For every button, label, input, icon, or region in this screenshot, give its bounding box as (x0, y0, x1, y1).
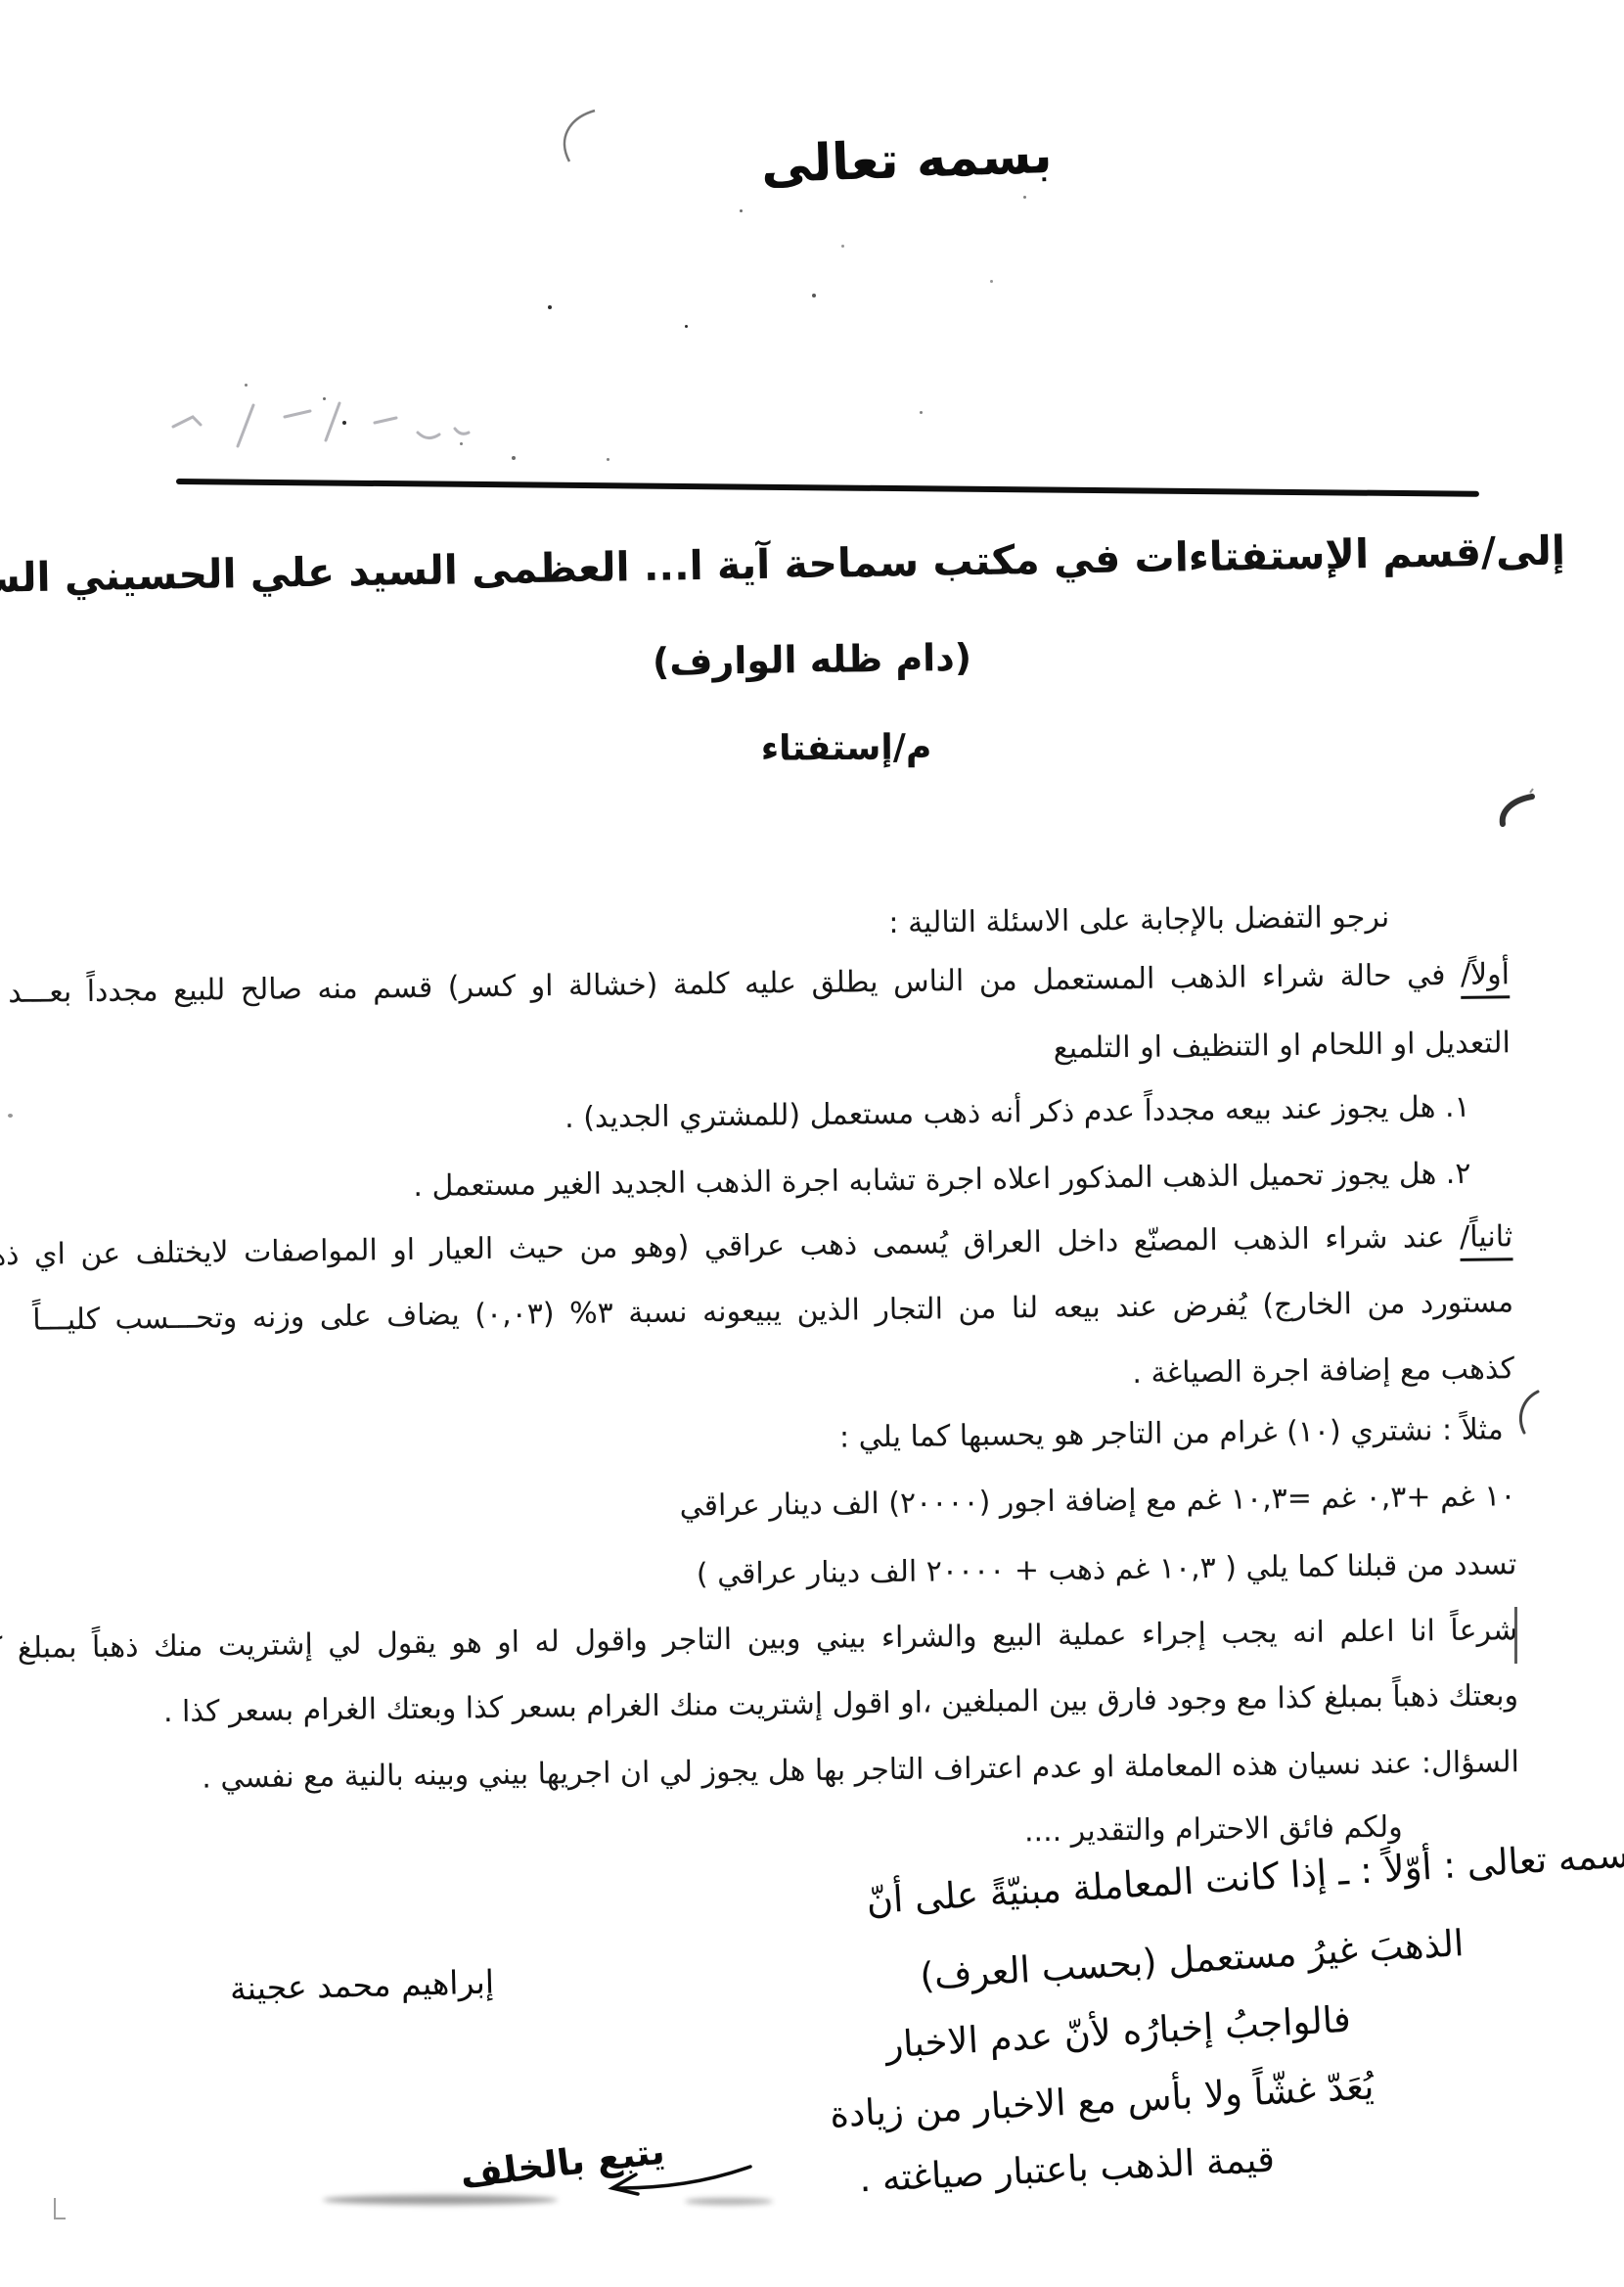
ink-curve-mark-top (536, 103, 614, 171)
answer-line-3: فالواجبُ إخبارُه لأنّ عدم الاخبار (884, 2001, 1351, 2064)
second-point-line1: ثانياً/ عند شراء الذهب المصنّع داخل العر… (0, 1217, 1513, 1276)
final-question: السؤال: عند نسيان هذه المعاملة او عدم اع… (202, 1743, 1519, 1799)
second-point-text: عند شراء الذهب المصنّع داخل العراق يُسمى… (0, 1220, 1460, 1273)
ink-speck (607, 458, 609, 461)
divider-rule (176, 479, 1479, 497)
continued-arrow-icon (599, 2159, 755, 2200)
example-payment: تسدد من قبلنا كما يلي ( ١٠,٣ غم ذهب + ٢٠… (697, 1545, 1517, 1595)
ink-comma-mark (1493, 789, 1542, 833)
question-2: ٢. هل يجوز تحميل الذهب المذكور اعلاه اجر… (413, 1155, 1471, 1208)
bismillah-top: بسمه تعالى (760, 130, 1053, 191)
answer-line-2: الذهبَ غيرُ مستعمل (بحسب العرف) (919, 1925, 1465, 1994)
sender-signature: إبراهيم محمد عجينة (230, 1965, 495, 2004)
second-point-label: ثانياً/ (1460, 1219, 1513, 1261)
answer-line-4: يُعَدّ غشّاً ولا بأس مع الاخبار من زيادة (829, 2068, 1375, 2132)
ink-curve-mark-example (1509, 1388, 1548, 1437)
closing-salutation: ولكم فائق الاحترام والتقدير .... (1024, 1808, 1403, 1852)
ink-speck (685, 325, 688, 328)
ink-speck (1023, 196, 1026, 199)
ink-speck (920, 411, 923, 414)
answer-line-5: قيمة الذهب باعتبار صياغته . (858, 2141, 1275, 2198)
corner-artifact (54, 2198, 66, 2219)
subject-line: م/إستفتاء (127, 722, 1565, 775)
first-point-label: أولاً/ (1461, 957, 1511, 999)
edge-speck (8, 1114, 13, 1118)
ink-speck (812, 294, 816, 297)
first-point-line2: التعديل او اللحام او التنظيف او التلميع (1054, 1024, 1511, 1069)
faint-scribble-marks (161, 389, 602, 463)
addressee-line: إلى/قسم الإستفتاءات في مكتب سماحة آية ا.… (59, 527, 1566, 601)
ink-speck (990, 280, 993, 283)
scan-smudge (323, 2195, 558, 2205)
ink-speck (740, 209, 743, 212)
sharia-note-line1: شرعاً انا اعلم انه يجب إجراء عملية البيع… (0, 1611, 1517, 1670)
first-point-line1: أولاً/ في حالة شراء الذهب المستعمل من ال… (0, 955, 1510, 1015)
example-intro: مثلاً : نشتري (١٠) غرام من التاجر هو يحس… (839, 1410, 1504, 1458)
honorific-line: (دام ظله الوارف) (59, 627, 1565, 691)
ink-speck (245, 384, 248, 387)
ink-speck (841, 245, 844, 248)
scanned-letter-page: بسمه تعالى إلى/قسم الإستفتاءات في مكتب س… (0, 0, 1624, 2287)
first-point-text: في حالة شراء الذهب المستعمل من الناس يطل… (0, 958, 1461, 1011)
body-intro: نرجو التفضل بالإجابة على الاسئلة التالية… (888, 898, 1389, 944)
letter-body: نرجو التفضل بالإجابة على الاسئلة التالية… (102, 877, 1520, 1882)
second-point-line2: مستورد من الخارج) يُفرض عند بيعه لنا من … (32, 1283, 1513, 1341)
sharia-note-line2: وبعتك ذهباً بمبلغ كذا مع وجود فارق بين ا… (163, 1676, 1519, 1732)
edge-artifact (1514, 1607, 1517, 1664)
ink-speck (548, 305, 552, 309)
second-point-line3: كذهب مع إضافة اجرة الصياغة . (1132, 1349, 1514, 1394)
example-calculation: ١٠ غم +٠,٣ غم =١٠,٣ غم مع إضافة اجور (٢٠… (679, 1477, 1515, 1527)
scan-smudge (685, 2198, 773, 2205)
question-1: ١. هل يجوز عند بيعه مجدداً عدم ذكر أنه ذ… (564, 1088, 1470, 1139)
